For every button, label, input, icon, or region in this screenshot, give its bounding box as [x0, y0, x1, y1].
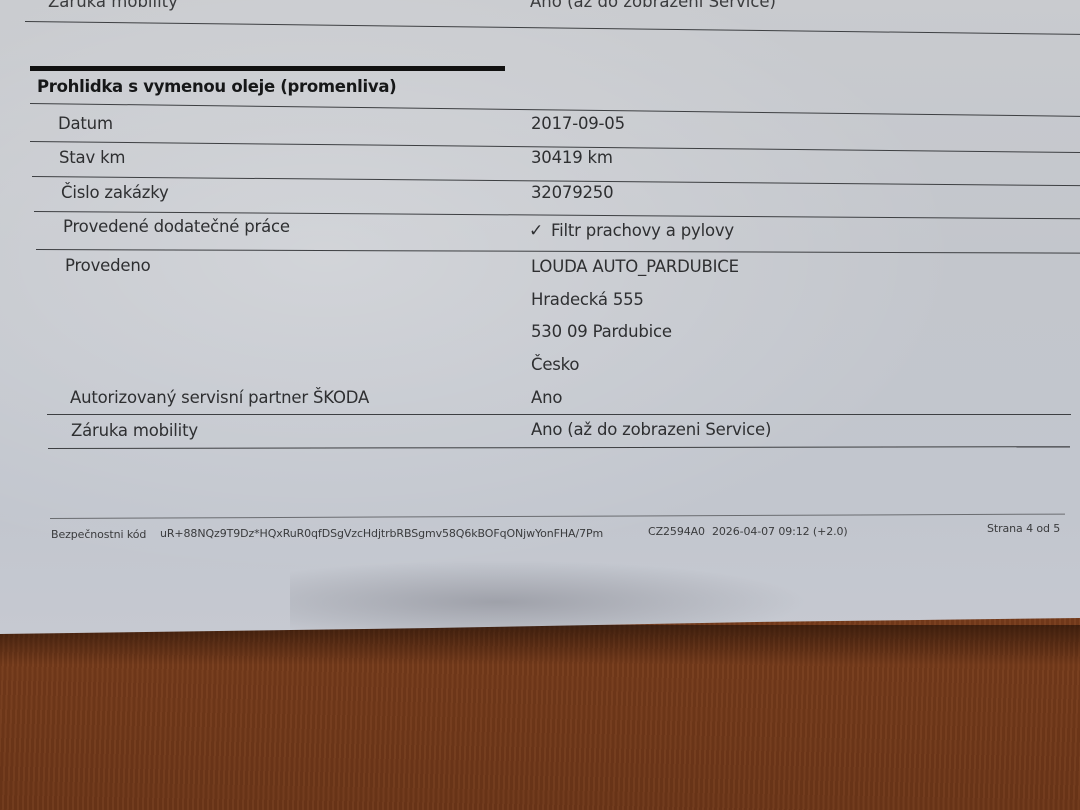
performed-by-label: Provedeno: [65, 256, 150, 275]
authorized-partner-label: Autorizovaný servisní partner ŠKODA: [70, 388, 369, 407]
previous-row-label: Záruka mobility: [48, 0, 178, 11]
dealer-city: 530 09 Pardubice: [531, 322, 672, 341]
section-title: Prohlidka s vymenou oleje (promenliva): [37, 77, 396, 96]
mileage-value: 30419 km: [531, 148, 613, 167]
print-timestamp: 2026-04-07 09:12 (+2.0): [712, 525, 848, 538]
page-number: Strana 4 od 5: [987, 522, 1060, 535]
service-record-document: Záruka mobility Ano (až do zobrazeni Ser…: [0, 0, 1080, 640]
additional-work-value: ✓Filtr prachovy a pylovy: [529, 221, 734, 241]
divider: [47, 414, 1071, 415]
dealer-country: Česko: [531, 355, 579, 374]
divider: [48, 446, 1070, 449]
document-id: CZ2594A0: [648, 525, 705, 538]
checkmark-icon: ✓: [529, 221, 543, 241]
order-number-value: 32079250: [531, 183, 613, 202]
additional-work-label: Provedené dodatečné práce: [63, 217, 290, 236]
additional-work-text: Filtr prachovy a pylovy: [551, 221, 734, 240]
security-code: uR+88NQz9T9Dz*HQxRuR0qfDSgVzcHdjtrbRBSgm…: [160, 527, 603, 540]
order-number-label: Čislo zakázky: [61, 183, 169, 202]
divider: [25, 21, 1080, 35]
dealer-name: LOUDA AUTO_PARDUBICE: [531, 257, 739, 276]
authorized-partner-value: Ano: [531, 388, 562, 407]
mobility-guarantee-value: Ano (až do zobrazeni Service): [531, 420, 771, 439]
mileage-label: Stav km: [59, 148, 125, 167]
mobility-guarantee-label: Záruka mobility: [71, 421, 198, 440]
security-code-label: Bezpečnostni kód: [51, 528, 146, 541]
divider: [36, 249, 1080, 254]
date-value: 2017-09-05: [531, 114, 625, 133]
dealer-street: Hradecká 555: [531, 290, 644, 309]
footer-divider: [50, 514, 1065, 519]
section-header-bar: [30, 66, 505, 71]
previous-row-value: Ano (až do zobrazeni Service): [530, 0, 776, 11]
date-label: Datum: [58, 114, 113, 133]
